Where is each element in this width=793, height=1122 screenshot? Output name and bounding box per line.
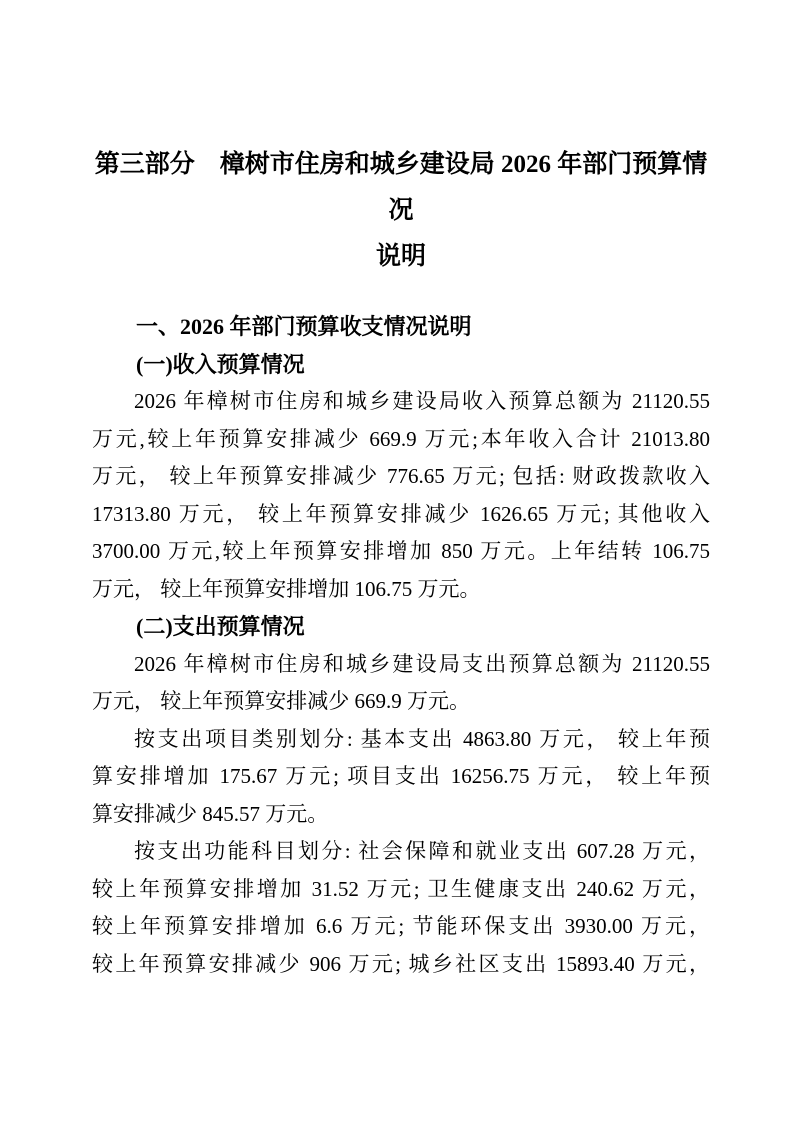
text-line: 按支出项目类别划分: 基本支出 4863.80 万元， 较上年预 — [92, 721, 710, 759]
text-line: 2026 年樟树市住房和城乡建设局收入预算总额为 21120.55 — [92, 383, 710, 421]
subsection-heading-income: (一)收入预算情况 — [92, 346, 710, 384]
text-line: 算安排增加 175.67 万元; 项目支出 16256.75 万元， 较上年预 — [92, 758, 710, 796]
subsection-heading-expenditure: (二)支出预算情况 — [92, 608, 710, 646]
text-line: 万元， 较上年预算安排减少 776.65 万元; 包括: 财政拨款收入 — [92, 458, 710, 496]
text-line: 较上年预算安排增加 6.6 万元; 节能环保支出 3930.00 万元， — [92, 908, 710, 946]
text-line: 万元， 较上年预算安排减少 669.9 万元。 — [92, 683, 710, 721]
text-line: 较上年预算安排减少 906 万元; 城乡社区支出 15893.40 万元， — [92, 946, 710, 984]
text-line: 较上年预算安排增加 31.52 万元; 卫生健康支出 240.62 万元， — [92, 871, 710, 909]
expenditure-paragraph-total: 2026 年樟树市住房和城乡建设局支出预算总额为 21120.55万元， 较上年… — [92, 646, 710, 721]
document-title: 第三部分 樟树市住房和城乡建设局 2026 年部门预算情况 说明 — [92, 142, 710, 280]
document-title-line-1: 第三部分 樟树市住房和城乡建设局 2026 年部门预算情况 — [92, 142, 710, 234]
section-heading-budget-overview: 一、2026 年部门预算收支情况说明 — [92, 308, 710, 346]
expenditure-paragraph-by-project-type: 按支出项目类别划分: 基本支出 4863.80 万元， 较上年预算安排增加 17… — [92, 721, 710, 834]
text-line: 万元,较上年预算安排减少 669.9 万元;本年收入合计 21013.80 — [92, 421, 710, 459]
text-line: 2026 年樟树市住房和城乡建设局支出预算总额为 21120.55 — [92, 646, 710, 684]
text-line: 算安排减少 845.57 万元。 — [92, 796, 710, 834]
expenditure-paragraph-by-function: 按支出功能科目划分: 社会保障和就业支出 607.28 万元，较上年预算安排增加… — [92, 833, 710, 983]
income-paragraph: 2026 年樟树市住房和城乡建设局收入预算总额为 21120.55万元,较上年预… — [92, 383, 710, 608]
document-page: 第三部分 樟树市住房和城乡建设局 2026 年部门预算情况 说明 一、2026 … — [0, 0, 793, 1122]
text-line: 3700.00 万元,较上年预算安排增加 850 万元。上年结转 106.75 — [92, 533, 710, 571]
text-line: 按支出功能科目划分: 社会保障和就业支出 607.28 万元， — [92, 833, 710, 871]
text-line: 万元， 较上年预算安排增加 106.75 万元。 — [92, 571, 710, 609]
text-line: 17313.80 万元， 较上年预算安排减少 1626.65 万元; 其他收入 — [92, 496, 710, 534]
document-title-line-2: 说明 — [92, 234, 710, 280]
